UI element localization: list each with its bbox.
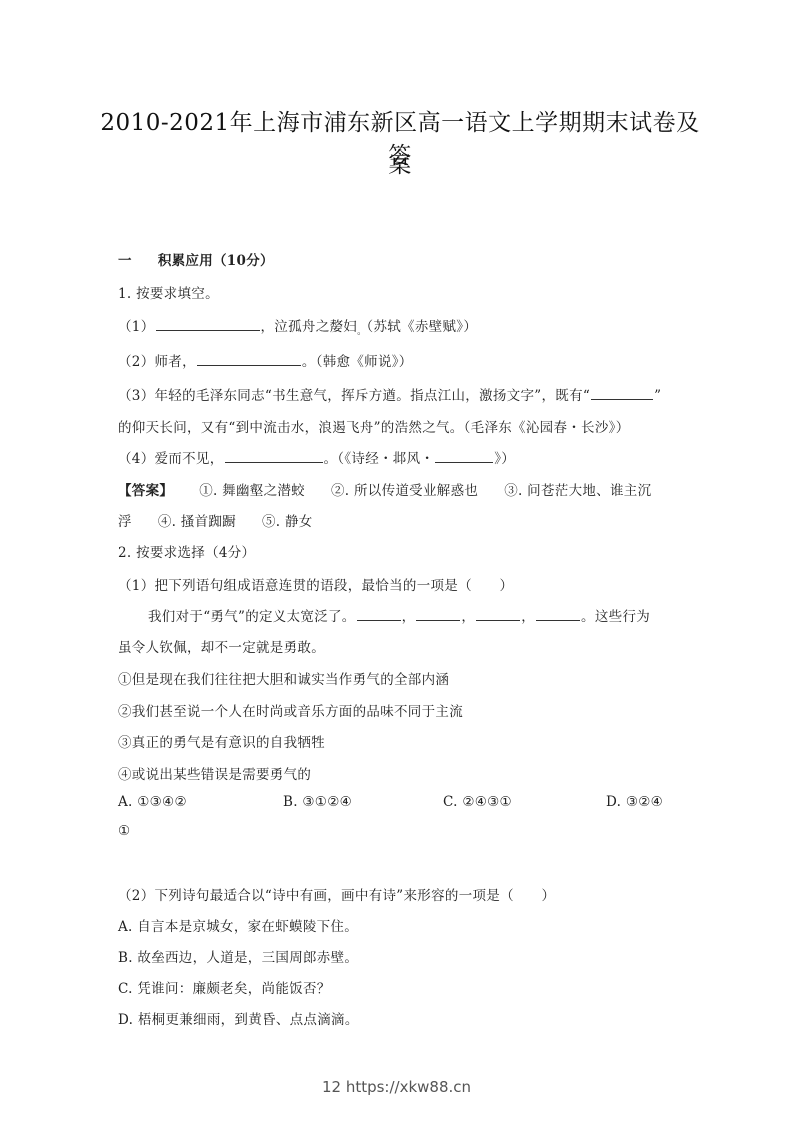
fill-blank <box>357 606 401 621</box>
option-b: B. ③①②④ <box>283 794 352 810</box>
document-title-line2: 案 <box>100 146 700 179</box>
fill-blank <box>591 385 653 400</box>
fill-blank <box>536 606 580 621</box>
fill-blank <box>416 606 460 621</box>
question-1-item-3-line2: 的仰天长问，又有“到中流击水，浪遏飞舟”的浩然之气。（毛泽东《沁园春・长沙》） <box>118 416 630 436</box>
question-1-item-1: （1），泣孤舟之嫠妇。（苏轼《赤壁赋》） <box>118 315 477 337</box>
section-title: 积累应用（10分） <box>158 253 274 269</box>
passage-line2: 虽令人钦佩，却不一定就是勇敢。 <box>118 636 325 656</box>
option-d: D. ③②④ <box>606 794 663 810</box>
sentence-3: ③真正的勇气是有意识的自我牺牲 <box>118 731 325 751</box>
sub2-option-a: A. 自言本是京城女，家在虾蟆陵下住。 <box>118 915 358 935</box>
page-footer: 12 https://xkw88.cn <box>0 1078 793 1096</box>
section-number: 一 <box>118 253 132 269</box>
document-page: 2010-2021年上海市浦东新区高一语文上学期期末试卷及答 案 一积累应用（1… <box>0 0 793 1122</box>
section-heading: 一积累应用（10分） <box>118 249 274 269</box>
sub2-option-c: C. 凭谁问：廉颇老矣，尚能饭否？ <box>118 977 331 997</box>
question-2-prompt: 2. 按要求选择（4分） <box>118 541 255 561</box>
sentence-1: ①但是现在我们往往把大胆和诚实当作勇气的全部内涵 <box>118 668 449 688</box>
question-1-item-2: （2）师者，。（韩愈《师说》） <box>118 350 413 370</box>
fill-blank <box>476 606 520 621</box>
answer-tag: 【答案】 <box>118 483 173 499</box>
fill-blank <box>225 448 323 463</box>
option-c: C. ②④③① <box>443 794 512 810</box>
sub2-option-b: B. 故垒西边，人道是，三国周郎赤壁。 <box>118 946 358 966</box>
question-1-prompt: 1. 按要求填空。 <box>118 282 219 302</box>
question-2-sub2: （2）下列诗句最适合以“诗中有画，画中有诗”来形容的一项是（ ） <box>118 884 555 904</box>
sentence-2: ②我们甚至说一个人在时尚或音乐方面的品味不同于主流 <box>118 700 463 720</box>
passage-line1: 我们对于“勇气”的定义太宽泛了。，，，。这些行为 <box>148 605 650 625</box>
answer-line2: 浮④. 搔首踟蹰⑤. 静女 <box>118 510 313 530</box>
option-d-wrap: ① <box>118 823 130 839</box>
question-2-sub1: （1）把下列语句组成语意连贯的语段，最恰当的一项是（ ） <box>118 574 513 594</box>
question-1-item-4: （4）爱而不见，。（《诗经・邶风・》） <box>118 447 515 467</box>
option-a: A. ①③④② <box>118 794 187 810</box>
sentence-4: ④或说出某些错误是需要勇气的 <box>118 763 311 783</box>
answer-line1: 【答案】①. 舞幽壑之潜蛟②. 所以传道受业解惑也③. 问苍茫大地、谁主沉 <box>118 479 651 499</box>
fill-blank <box>435 448 493 463</box>
fill-blank <box>197 351 301 366</box>
sub2-option-d: D. 梧桐更兼细雨，到黄昏、点点滴滴。 <box>118 1008 359 1028</box>
fill-blank <box>156 316 260 331</box>
question-1-item-3-line1: （3）年轻的毛泽东同志“书生意气，挥斥方遒。指点江山，激扬文字”，既有“” <box>118 384 661 404</box>
